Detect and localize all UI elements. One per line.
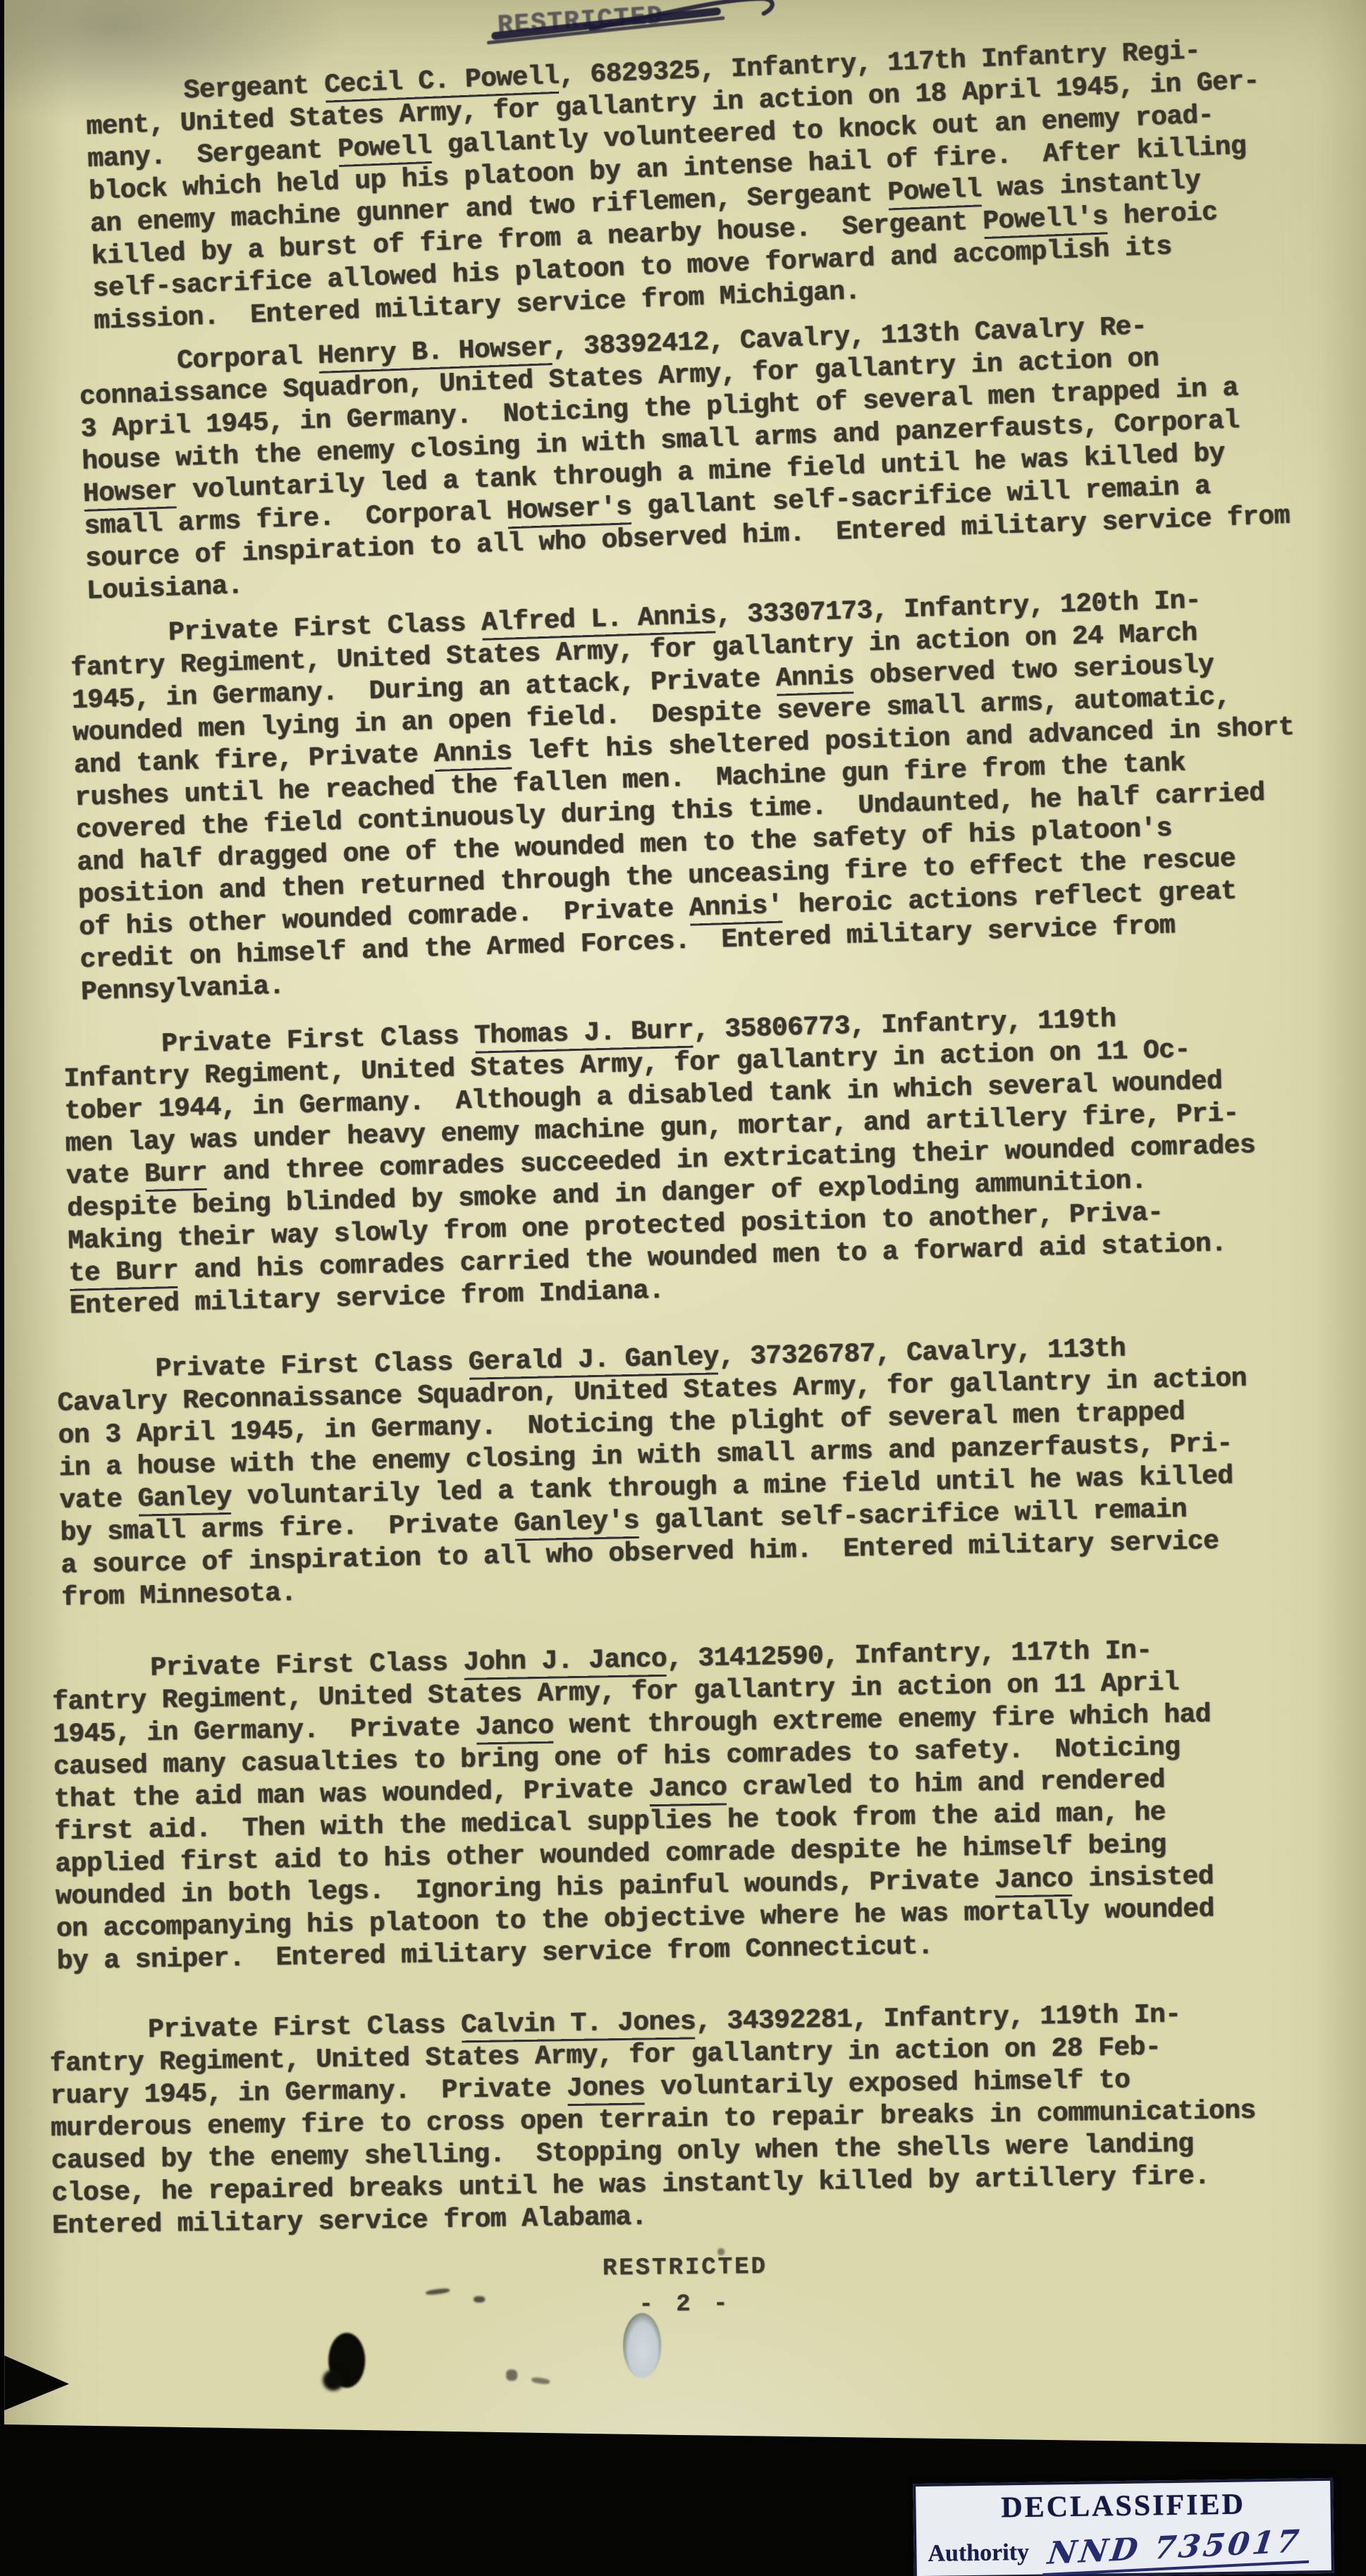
hole-punch-ink-blot: [328, 2333, 365, 2388]
underlined-name: Alfred L. Annis: [481, 600, 716, 638]
citation-text: Private First Class: [155, 1348, 469, 1384]
underlined-name: Annis': [689, 891, 784, 924]
citation-paragraph: Corporal Henry B. Howser, 38392412, Cava…: [78, 303, 1365, 608]
citation-text: Sergeant: [183, 70, 325, 106]
underlined-name: John J. Janco: [463, 1644, 667, 1678]
hole-punch: [623, 2313, 661, 2378]
scanned-document-photo: RESTRICTED Sergeant Cecil C. Powell, 682…: [0, 0, 1366, 2576]
authority-label: Authority: [928, 2539, 1029, 2567]
citation-paragraph: Private First Class Thomas J. Burr, 3580…: [63, 997, 1365, 1323]
ink-speck: [718, 2248, 725, 2255]
underlined-name: Thomas J. Burr: [474, 1016, 694, 1052]
underlined-name: Janco: [475, 1711, 554, 1743]
torn-edge-notch: [4, 2355, 69, 2410]
underlined-name: Powell's: [982, 202, 1108, 237]
citation-text: , 34392281, Infantry, 119th In-: [696, 1999, 1181, 2037]
underlined-name: Gerald J. Ganley: [468, 1342, 719, 1377]
classification-header-text: RESTRICTED: [497, 1, 665, 40]
citation-paragraph: Private First Class Gerald J. Ganley, 37…: [56, 1328, 1364, 1615]
authority-handwritten-value: NND 735017: [1042, 2523, 1314, 2576]
citation-text: heroic: [1107, 197, 1218, 232]
underlined-name: Annis: [433, 737, 512, 770]
underlined-name: Powell: [337, 131, 432, 165]
citation-text: 1945, in Germany. Private: [53, 1713, 476, 1750]
citation-text: Louisiana.: [86, 571, 243, 607]
citation-text: Corporal: [176, 341, 318, 376]
underlined-name: Janco: [648, 1773, 727, 1804]
declassified-stamp: DECLASSIFIED Authority NND 735017: [913, 2478, 1334, 2576]
citation-text: insisted: [1073, 1861, 1214, 1894]
citation-text: Private First Class: [150, 1648, 464, 1684]
citation-paragraph: Private First Class John J. Janco, 31412…: [51, 1632, 1365, 1978]
underlined-name: Burr: [144, 1158, 207, 1190]
document-page: RESTRICTED Sergeant Cecil C. Powell, 682…: [4, 0, 1366, 2576]
underlined-name: Ganley's: [514, 1506, 640, 1539]
underlined-name: Powell: [887, 174, 983, 208]
citation-text: vate: [66, 1159, 144, 1192]
citation-paragraph: Private First Class Calvin T. Jones, 343…: [49, 1996, 1364, 2243]
underlined-name: Ganley: [137, 1482, 232, 1515]
declassified-stamp-authority-row: Authority NND 735017: [928, 2527, 1331, 2573]
citation-paragraph: Private First Class Alfred L. Annis, 333…: [69, 580, 1366, 1009]
underlined-name: Jones: [567, 2072, 646, 2104]
underlined-name: Howser's: [506, 492, 632, 526]
citation-text: vate: [59, 1484, 138, 1516]
classification-header-struck: RESTRICTED: [497, 0, 753, 53]
page-number: - 2 -: [4, 2284, 1366, 2326]
underlined-name: Janco: [995, 1864, 1073, 1896]
citation-paragraph: Sergeant Cecil C. Powell, 6829325, Infan…: [85, 29, 1366, 338]
underlined-name: Calvin T. Jones: [461, 2007, 696, 2040]
citation-text: voluntarily exposed himself to: [645, 2065, 1131, 2102]
citation-text: Pennsylvania.: [80, 971, 285, 1008]
citation-text: Private First Class: [148, 2010, 462, 2045]
page-footer: RESTRICTED - 2 -: [4, 2247, 1366, 2326]
classification-footer-text: RESTRICTED: [4, 2247, 1366, 2289]
citation-text: from Minnesota.: [61, 1578, 297, 1613]
ink-speck: [531, 2377, 550, 2385]
underlined-name: te Burr: [68, 1256, 179, 1289]
underlined-name: Howser: [82, 476, 178, 510]
citations-body: Sergeant Cecil C. Powell, 6829325, Infan…: [51, 79, 1362, 2243]
underlined-name: Annis: [775, 661, 854, 694]
ink-speck: [474, 2296, 485, 2303]
ink-speck: [506, 2369, 517, 2381]
declassified-stamp-title: DECLASSIFIED: [916, 2486, 1331, 2526]
